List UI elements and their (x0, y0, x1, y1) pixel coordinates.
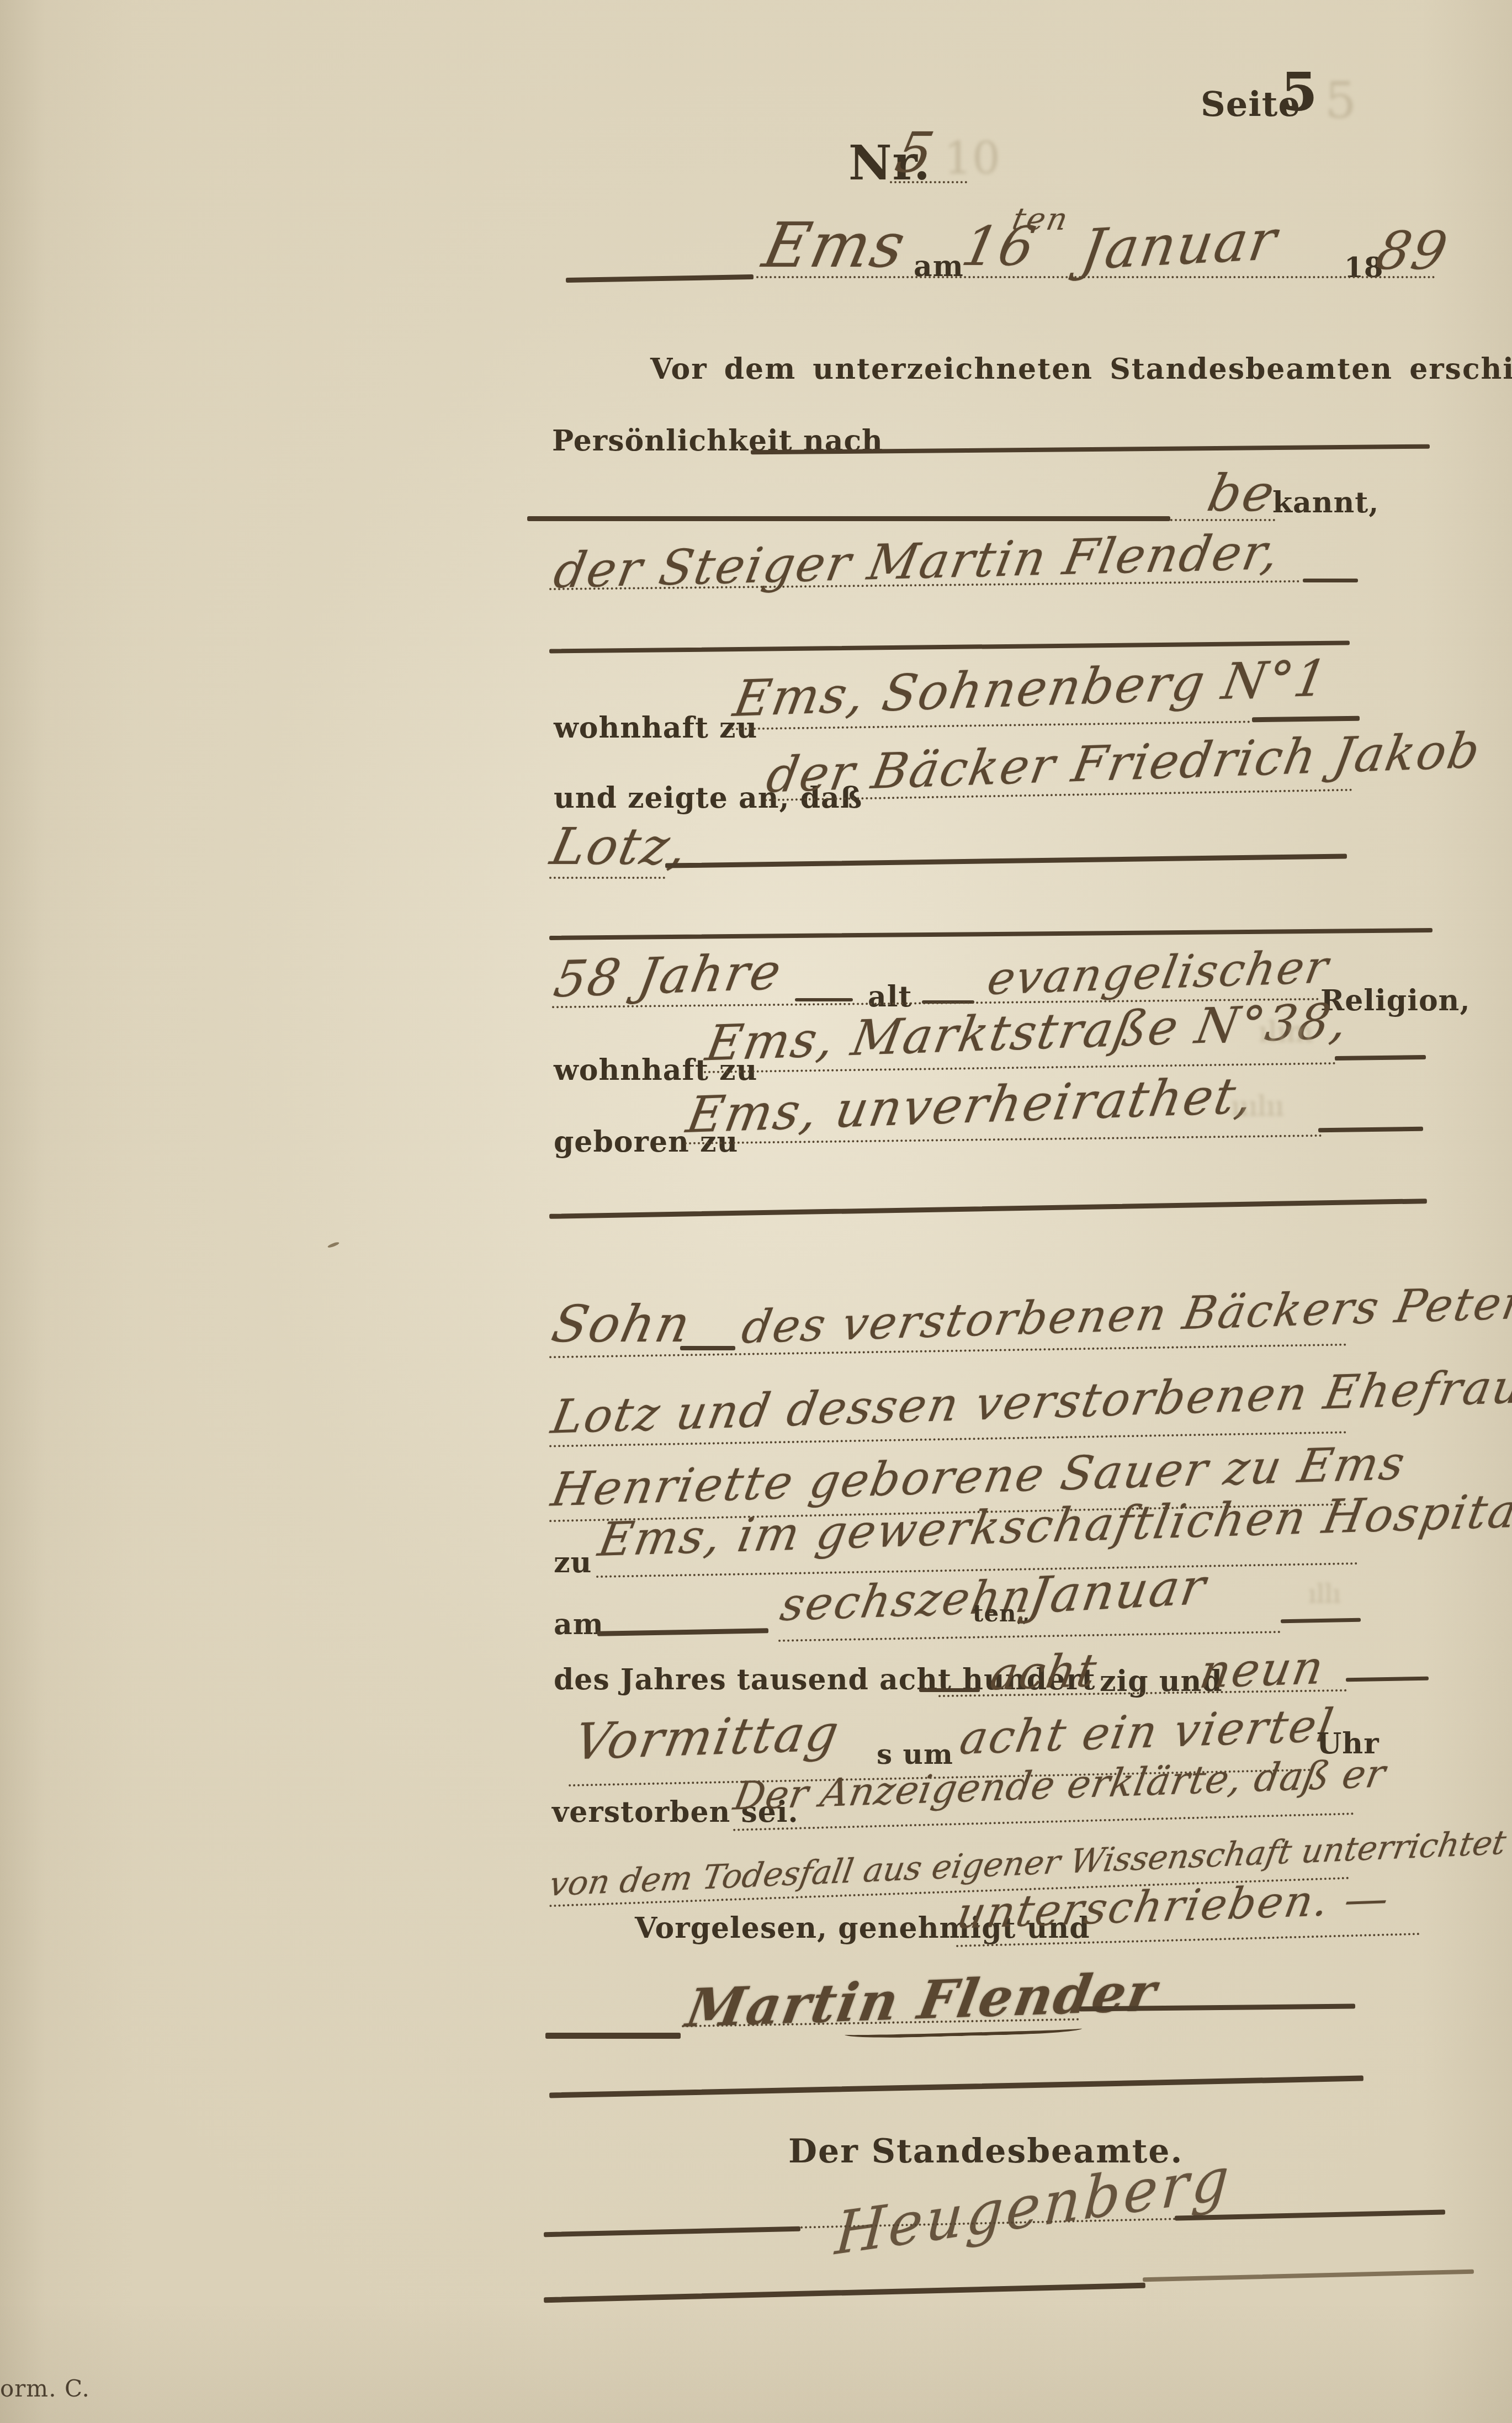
date-month: Januar (1080, 208, 1279, 282)
date-line-dotted (756, 276, 1435, 278)
bleed-through-page-number: 5 (1325, 72, 1356, 130)
intro-line: Vor dem unterzeichneten Standesbeamten e… (650, 352, 1512, 386)
wohnhaft-label-1: wohnhaft zu (554, 711, 757, 745)
date-place: Ems (765, 210, 905, 282)
time-period-handwritten: Vormittag (574, 1704, 840, 1772)
record-number: 5 (897, 120, 934, 185)
scanned-death-register-page: { "page": { "header": { "seite_label": "… (0, 0, 1512, 2423)
age-handwritten: 58 Jahre (554, 943, 783, 1009)
signature-line-left (545, 2033, 681, 2039)
ten-label: ten„ (973, 1600, 1031, 1627)
year-tens-handwritten: acht (990, 1645, 1098, 1701)
bleed-through-record-number: 10 (944, 132, 1000, 184)
death-month-handwritten: Januar (1028, 1558, 1207, 1625)
bekannt-handwritten: be (1209, 464, 1275, 523)
bleed-through-1: ılım (1259, 1016, 1313, 1049)
page-number: 5 (1281, 61, 1318, 123)
declarant-line-end (1303, 579, 1358, 582)
date-year-written: 89 (1377, 221, 1447, 282)
deceased-dotted-2 (549, 877, 665, 879)
bekannt-blank-line (527, 516, 1170, 521)
am-label: am (554, 1608, 604, 1641)
form-note: orm. C. (0, 2375, 90, 2402)
date-day-suffix: ten (1013, 202, 1069, 237)
bleed-through-3: ıllı (1308, 1579, 1341, 1609)
year-leader (919, 1688, 980, 1692)
age-leader (795, 998, 853, 1001)
bleed-through-2: ııılıı (1231, 1090, 1284, 1122)
death-place-label: zu (554, 1546, 592, 1579)
bekannt-printed: kannt, (1272, 486, 1379, 519)
sohn-leader (680, 1346, 735, 1350)
sohn-handwritten: Sohn (553, 1295, 691, 1354)
s-um-label: s um (877, 1738, 953, 1770)
